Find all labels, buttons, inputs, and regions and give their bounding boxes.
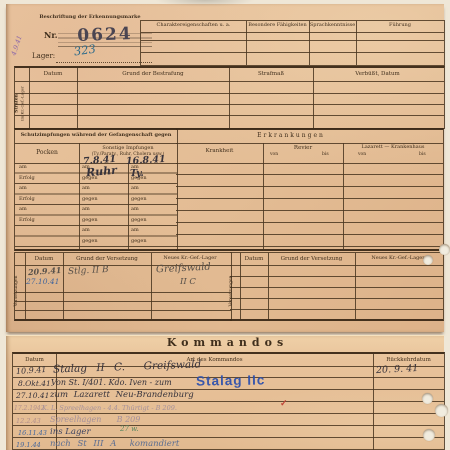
impf-cell: am (79, 205, 128, 213)
komm-col-datum: Datum (13, 357, 56, 363)
komm-row7-datum: 19.1.44 (16, 442, 41, 449)
impf-row: gegengegen (15, 237, 177, 248)
erkr-revier-bis: bis (322, 153, 329, 158)
erkr-col-revier: Revier (263, 145, 343, 151)
impf-cell: Erfolg (15, 195, 79, 203)
punch-hole (435, 404, 448, 417)
scan-smudge (150, 0, 260, 9)
vers-col-datum-r: Datum (240, 256, 268, 262)
versetzungen-table-right: Versetzungen Datum Grund der Versetzung … (230, 252, 444, 321)
impf-cell: gegen (79, 216, 128, 224)
strafen-side-label-2: im Kr.-Gef.-Lager (20, 81, 24, 127)
komm-col-rueckkehr: Rückkehrdatum (373, 357, 444, 363)
impfungen-table: Schutzimpfungen während der Gefangenscha… (14, 128, 178, 251)
punch-hole (423, 429, 435, 441)
impf-gegen1-handwritten: Ruhr (86, 165, 118, 179)
strafen-col-strafmass: Strafmaß (229, 71, 313, 77)
impf-cell: am (128, 205, 177, 213)
erkrankungen-title: Erkrankungen (206, 133, 376, 140)
komm-row4-datum: 17.2.1942 (14, 406, 45, 412)
vers-datum2-handwritten: 27.10.41 (26, 278, 59, 286)
versetzungen-side-label: Versetzungen (15, 265, 25, 317)
idbox-title: Beschriftung der Erkennungsmarke (28, 15, 152, 21)
impf-cell: gegen (128, 237, 177, 245)
komm-row2-text: Von St. I/401. Kdo. Iven - zum (51, 379, 172, 387)
erkr-laz-von: von (358, 153, 366, 158)
lager-dotted-line (56, 54, 152, 63)
vers-datum1-handwritten: 20.9.41 (28, 266, 62, 276)
kommandos-title: Kommandos (12, 337, 443, 349)
impf-cell: am (79, 184, 128, 192)
impf-cell (15, 226, 79, 228)
red-checkmark: ✓ (280, 399, 288, 409)
stalag-iic-stamp: Stalag IIc (196, 372, 266, 388)
traits-col-charakter: Charaktereigenschaften u. a. (141, 23, 246, 29)
impf-cell: Erfolg (15, 174, 79, 182)
impf-row: amamam (15, 184, 177, 195)
komm-row7-text: nach St III A komandiert (50, 440, 179, 449)
impf-cell: gegen (128, 195, 177, 203)
impf-cell (15, 237, 79, 239)
komm-row1-rueckkehr: 20. 9. 41 (376, 364, 419, 376)
erkr-col-lazarett: Lazarett — Krankenhaus (343, 145, 443, 151)
komm-row2-datum: 8.Okt.41. (18, 380, 53, 388)
impf-row: Erfolggegengegen (15, 216, 177, 227)
vers-col-datum: Datum (25, 256, 63, 262)
strafen-col-grund: Grund der Bestrafung (77, 71, 229, 77)
impf-row: amam (15, 226, 177, 237)
komm-row1-datum: 10.9.41 (16, 366, 47, 376)
impf-cell: am (15, 163, 79, 171)
versetzungen-side-label-right: Versetzungen (230, 265, 240, 317)
erkr-col-krankheit: Krankheit (176, 148, 263, 154)
strafen-col-verbuesst: Verbüßt, Datum (313, 71, 442, 77)
strafen-col-datum: Datum (29, 71, 77, 77)
vers-col-neues: Neues Kr.-Gef.-Lager (151, 256, 229, 262)
impf-cell: am (15, 205, 79, 213)
vers-col-grund-r: Grund der Versetzung (268, 256, 355, 262)
erkrankungen-table: Erkrankungen Krankheit Revier von bis La… (176, 128, 444, 251)
impf-cell: am (128, 184, 177, 192)
punch-hole (422, 393, 433, 404)
vers-lager2-handwritten: II C (180, 278, 196, 287)
strafen-side-label: Strafen im Kr.-Gef.-Lager (16, 81, 29, 127)
punch-hole (423, 255, 433, 265)
erkr-revier-von: von (270, 153, 278, 158)
vers-lager1-handwritten: Greifswald (156, 263, 211, 276)
impf-row: amamam (15, 205, 177, 216)
komm-row3-datum: 27.10.41 (16, 392, 49, 400)
komm-row5-datum: 12.2.43 (16, 418, 41, 425)
erkr-laz-bis: bis (419, 153, 426, 158)
traits-table: Charaktereigenschaften u. a. Besondere F… (140, 20, 445, 66)
impf-row: Erfolggegengegen (15, 195, 177, 206)
impf-cell: am (79, 226, 128, 234)
komm-row4-text: K. L. Spreelhagen - 4.4. Thürtigt - B 20… (42, 405, 177, 412)
versetzungen-table-left: Versetzungen Datum Grund der Versetzung … (14, 252, 232, 321)
lager-label: Lager: (32, 53, 55, 61)
komm-row3-text: zum Lazarett Neu-Brandenburg (50, 391, 194, 400)
lager-number-handwritten: 323 (73, 44, 96, 58)
vers-col-grund: Grund der Versetzung (63, 256, 151, 262)
impf-cell: am (128, 226, 177, 234)
impf-gegen2-handwritten: Ty. (130, 169, 144, 179)
impf-date2-handwritten: 16.8.41 (126, 155, 166, 167)
punch-hole (439, 244, 450, 255)
komm-row6-green-note: 27 w. (120, 426, 139, 433)
impf-cell: gegen (128, 216, 177, 224)
vers-grund-handwritten: Stlg. II B (68, 266, 109, 277)
impf-cell: gegen (79, 237, 128, 245)
impf-cell: Erfolg (15, 216, 79, 224)
impf-cell: am (15, 184, 79, 192)
traits-col-fuehrung: Führung (356, 23, 444, 29)
impfungen-col-sonstige: Sonstige Impfungen (79, 146, 177, 152)
traits-col-sprachen: Sprachkenntnisse (309, 23, 356, 29)
impf-cell: gegen (79, 195, 128, 203)
kommandos-table: Datum Art des Kommandos Rückkehrdatum 10… (12, 352, 445, 450)
komm-row5-text: Spreelhagen B 209 (50, 416, 140, 424)
impfungen-title: Schutzimpfungen während der Gefangenscha… (15, 133, 177, 139)
komm-row6-datum: 16.11.43 (18, 430, 47, 437)
traits-col-faehigkeiten: Besondere Fähigkeiten (246, 23, 309, 29)
scanned-pow-record-card: Beschriftung der Erkennungsmarke Nr. 062… (0, 0, 450, 450)
impfungen-col-pocken: Pocken (15, 150, 79, 157)
strafen-table: Strafen im Kr.-Gef.-Lager Datum Grund de… (14, 66, 445, 129)
komm-row6-text: ins Lager (50, 428, 91, 437)
